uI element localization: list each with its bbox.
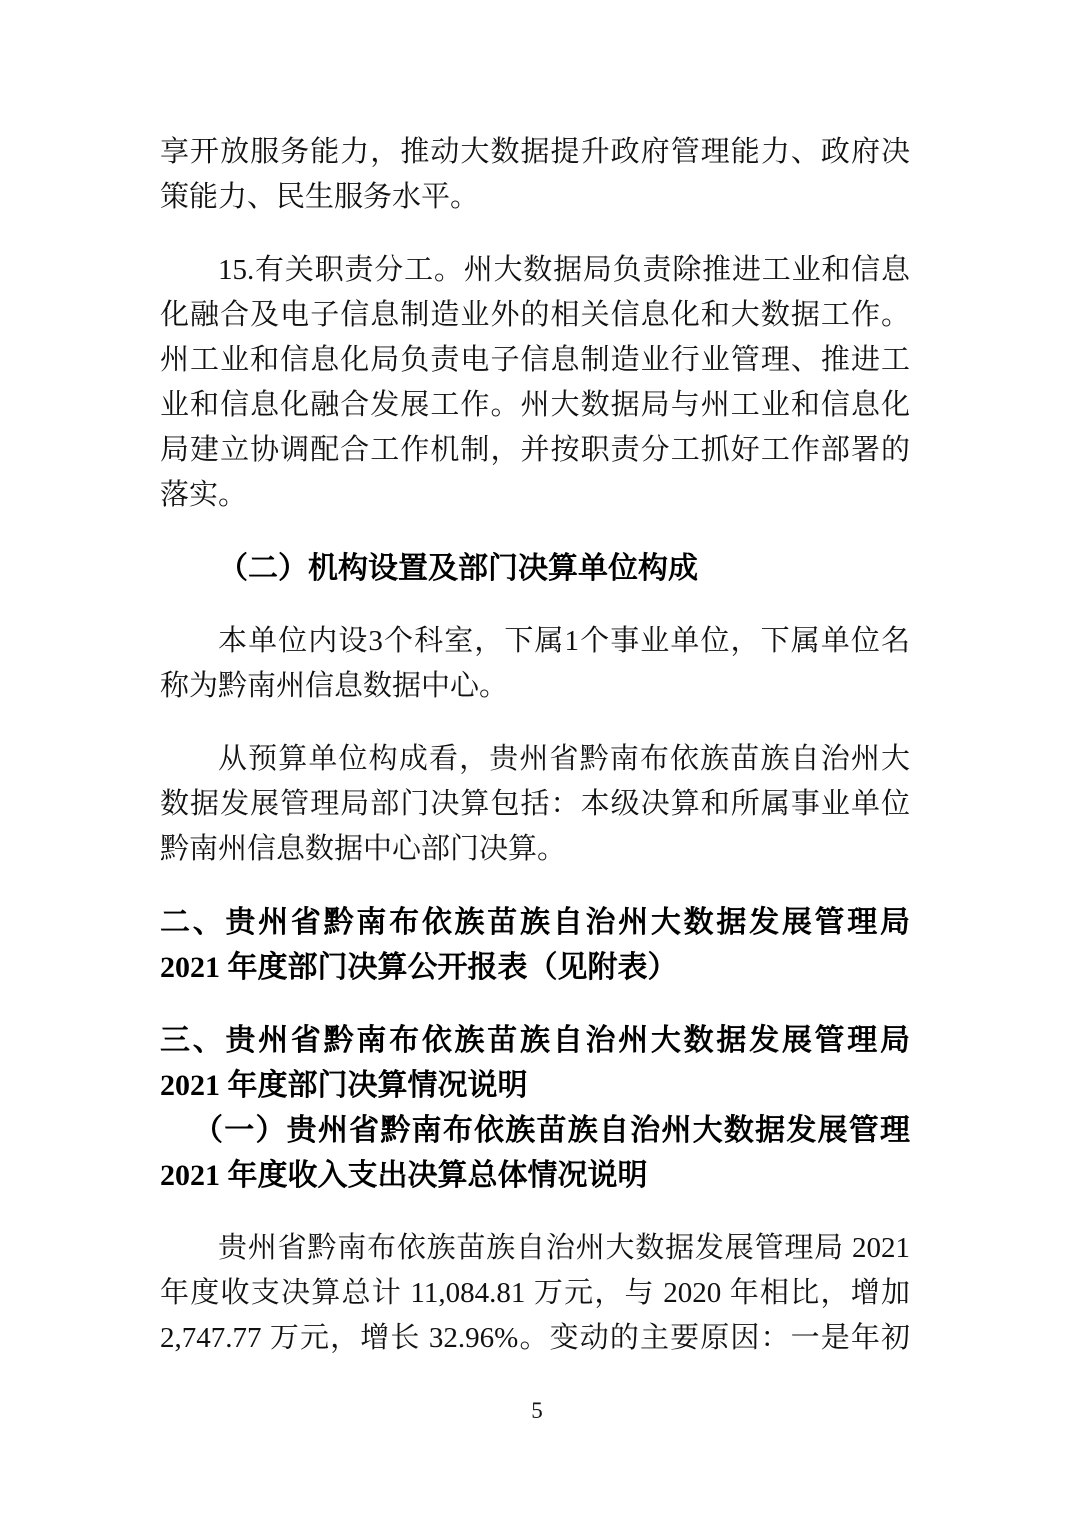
text-line: （一）贵州省黔南布依族苗族自治州大数据发展管理局 bbox=[160, 1108, 910, 1153]
text-line: 2,747.77 万元，增长 32.96%。变动的主要原因：一是年初 bbox=[160, 1316, 910, 1361]
page-footer: 5 bbox=[0, 1396, 1074, 1426]
document-body: 享开放服务能力，推动大数据提升政府管理能力、政府决策能力、民生服务水平。15.有… bbox=[160, 130, 910, 1361]
page-number: 5 bbox=[531, 1398, 543, 1423]
text-line: 二、贵州省黔南布依族苗族自治州大数据发展管理局 bbox=[160, 900, 910, 945]
text-line: 贵州省黔南布依族苗族自治州大数据发展管理局 2021 bbox=[160, 1226, 910, 1271]
text-line: 黔南州信息数据中心部门决算。 bbox=[160, 827, 910, 872]
text-line: 本单位内设3个科室，下属1个事业单位，下属单位名 bbox=[160, 619, 910, 664]
text-line: 15.有关职责分工。州大数据局负责除推进工业和信息 bbox=[160, 248, 910, 293]
text-line: 策能力、民生服务水平。 bbox=[160, 175, 910, 220]
text-line: 数据发展管理局部门决算包括：本级决算和所属事业单位 bbox=[160, 782, 910, 827]
document-page: 享开放服务能力，推动大数据提升政府管理能力、政府决策能力、民生服务水平。15.有… bbox=[0, 0, 1074, 1520]
text-line: 化融合及电子信息制造业外的相关信息化和大数据工作。 bbox=[160, 293, 910, 338]
heading-2-org-setup: （二）机构设置及部门决算单位构成 bbox=[160, 546, 910, 591]
para-continued-service-capacity: 享开放服务能力，推动大数据提升政府管理能力、政府决策能力、民生服务水平。 bbox=[160, 130, 910, 220]
text-line: 2021 年度收入支出决算总体情况说明 bbox=[160, 1153, 910, 1198]
text-line: 2021 年度部门决算情况说明 bbox=[160, 1063, 910, 1108]
text-line: （二）机构设置及部门决算单位构成 bbox=[160, 546, 910, 591]
text-line: 称为黔南州信息数据中心。 bbox=[160, 664, 910, 709]
text-line: 2021 年度部门决算公开报表（见附表） bbox=[160, 945, 910, 990]
para-total-final-accounts: 贵州省黔南布依族苗族自治州大数据发展管理局 2021年度收支决算总计 11,08… bbox=[160, 1226, 910, 1361]
text-line: 州工业和信息化局负责电子信息制造业行业管理、推进工 bbox=[160, 338, 910, 383]
para-budget-unit-composition: 从预算单位构成看，贵州省黔南布依族苗族自治州大数据发展管理局部门决算包括：本级决… bbox=[160, 737, 910, 872]
para-internal-offices: 本单位内设3个科室，下属1个事业单位，下属单位名称为黔南州信息数据中心。 bbox=[160, 619, 910, 709]
para-15-duty-division: 15.有关职责分工。州大数据局负责除推进工业和信息化融合及电子信息制造业外的相关… bbox=[160, 248, 910, 518]
text-line: 三、贵州省黔南布依族苗族自治州大数据发展管理局 bbox=[160, 1018, 910, 1063]
heading-section-two-public-tables: 二、贵州省黔南布依族苗族自治州大数据发展管理局2021 年度部门决算公开报表（见… bbox=[160, 900, 910, 990]
text-line: 享开放服务能力，推动大数据提升政府管理能力、政府决 bbox=[160, 130, 910, 175]
text-line: 业和信息化融合发展工作。州大数据局与州工业和信息化 bbox=[160, 383, 910, 428]
heading-section-three-statement: 三、贵州省黔南布依族苗族自治州大数据发展管理局2021 年度部门决算情况说明 bbox=[160, 1018, 910, 1108]
text-line: 落实。 bbox=[160, 473, 910, 518]
text-line: 从预算单位构成看，贵州省黔南布依族苗族自治州大 bbox=[160, 737, 910, 782]
text-line: 年度收支决算总计 11,084.81 万元，与 2020 年相比，增加 bbox=[160, 1271, 910, 1316]
heading-3-1-overall-revenue-expenditure: （一）贵州省黔南布依族苗族自治州大数据发展管理局2021 年度收入支出决算总体情… bbox=[160, 1108, 910, 1198]
text-line: 局建立协调配合工作机制，并按职责分工抓好工作部署的 bbox=[160, 428, 910, 473]
